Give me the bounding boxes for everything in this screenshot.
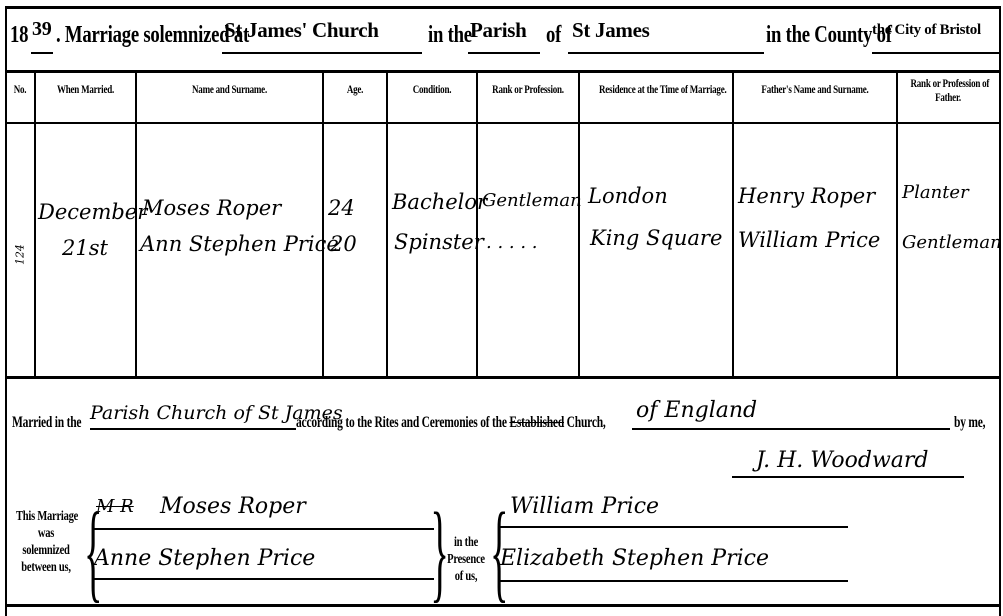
bride-condition: Spinster <box>394 230 484 254</box>
groom-rank: Gentleman <box>482 190 582 211</box>
parish-name: St James <box>572 18 650 43</box>
bride-residence: King Square <box>590 226 722 250</box>
between-line-2: was <box>16 525 76 542</box>
presence-line-1: in the <box>447 534 486 551</box>
bride-sig-line <box>92 578 434 580</box>
col-header-father-rank-line2: Father. <box>911 90 986 104</box>
presence-line-3: of us, <box>447 568 486 585</box>
groom-condition: Bachelor <box>392 190 487 214</box>
bride-signature: Anne Stephen Price <box>94 546 315 571</box>
groom-father-name: Henry Roper <box>738 184 875 208</box>
col-header-condition: Condition. <box>399 82 465 96</box>
col-header-father-name: Father's Name and Surname. <box>754 82 876 96</box>
solemnized-label: . Marriage solemnized at <box>56 22 249 49</box>
right-border <box>999 6 1001 616</box>
between-line-3: solemnized <box>16 542 76 559</box>
entry-date-day: 21st <box>62 236 108 260</box>
bride-father-name: William Price <box>738 228 880 252</box>
register-title-line: 18 39 . Marriage solemnized at St James'… <box>10 8 1000 56</box>
rites-label: according to the Rites and Ceremonies of… <box>296 414 606 432</box>
venue-underline <box>90 428 296 430</box>
col-divider <box>322 72 324 376</box>
groom-father-rank: Planter <box>902 182 969 203</box>
col-divider <box>578 72 580 376</box>
col-divider <box>732 72 734 376</box>
witness-2-signature: Elizabeth Stephen Price <box>500 546 769 571</box>
left-border <box>5 6 7 616</box>
header-bottom-border <box>6 70 1000 73</box>
entry-number: 124 <box>14 248 27 265</box>
of-label: of <box>546 22 561 49</box>
rites-text: according to the Rites and Ceremonies of… <box>296 414 507 431</box>
groom-signature: Moses Roper <box>160 494 306 519</box>
witness-2-line <box>498 580 848 582</box>
groom-sig-line <box>92 528 434 530</box>
column-header-rule <box>6 122 1000 124</box>
county-name: the City of Bristol <box>872 22 981 39</box>
year-prefix: 18 <box>10 22 28 49</box>
col-divider <box>34 72 36 376</box>
bride-rank: . . . . . <box>486 232 538 253</box>
table-bottom-rule <box>6 376 1000 379</box>
col-divider <box>386 72 388 376</box>
col-divider <box>896 72 898 376</box>
col-header-no: No. <box>10 82 31 96</box>
by-me-label: by me, <box>954 414 985 432</box>
officiant-signature: J. H. Woodward <box>756 448 929 473</box>
groom-name: Moses Roper <box>142 196 281 220</box>
col-header-when-married: When Married. <box>48 82 122 96</box>
year-suffix: 39 <box>32 18 51 41</box>
presence-label: in the Presence of us, <box>447 534 486 585</box>
between-label: This Marriage was solemnized between us, <box>16 508 76 576</box>
col-divider <box>135 72 137 376</box>
entry-date-month: December <box>38 200 147 224</box>
presence-line-2: Presence <box>447 551 486 568</box>
groom-age: 24 <box>328 196 355 220</box>
col-header-age: Age. <box>332 82 379 96</box>
witness-1-line <box>498 526 848 528</box>
parish-word: Parish <box>470 18 527 43</box>
married-in-label: Married in the <box>12 414 81 432</box>
officiant-underline <box>732 476 964 478</box>
col-header-rank: Rank or Profession. <box>491 82 566 96</box>
col-header-residence: Residence at the Time of Marriage. <box>599 82 713 96</box>
struck-word-established: Established <box>509 414 564 431</box>
church-label: Church, <box>567 414 606 431</box>
groom-residence: London <box>588 184 668 208</box>
struck-initials: M R <box>96 496 134 517</box>
col-header-father-rank: Rank or Profession of Father. <box>911 76 986 104</box>
col-divider <box>476 72 478 376</box>
witness-1-signature: William Price <box>510 494 659 519</box>
bottom-border <box>6 604 1000 607</box>
in-the-label: in the <box>428 22 472 49</box>
between-line-4: between us, <box>16 559 76 576</box>
col-header-father-rank-line1: Rank or Profession of <box>911 76 986 90</box>
church-name: St James' Church <box>224 18 379 43</box>
church-of: of England <box>636 398 757 423</box>
bride-father-rank: Gentleman <box>902 232 1002 253</box>
col-header-name: Name and Surname. <box>160 82 299 96</box>
church-of-underline <box>632 428 950 430</box>
bride-age: 20 <box>330 232 357 256</box>
bride-name: Ann Stephen Price <box>140 232 339 256</box>
between-line-1: This Marriage <box>16 508 76 525</box>
